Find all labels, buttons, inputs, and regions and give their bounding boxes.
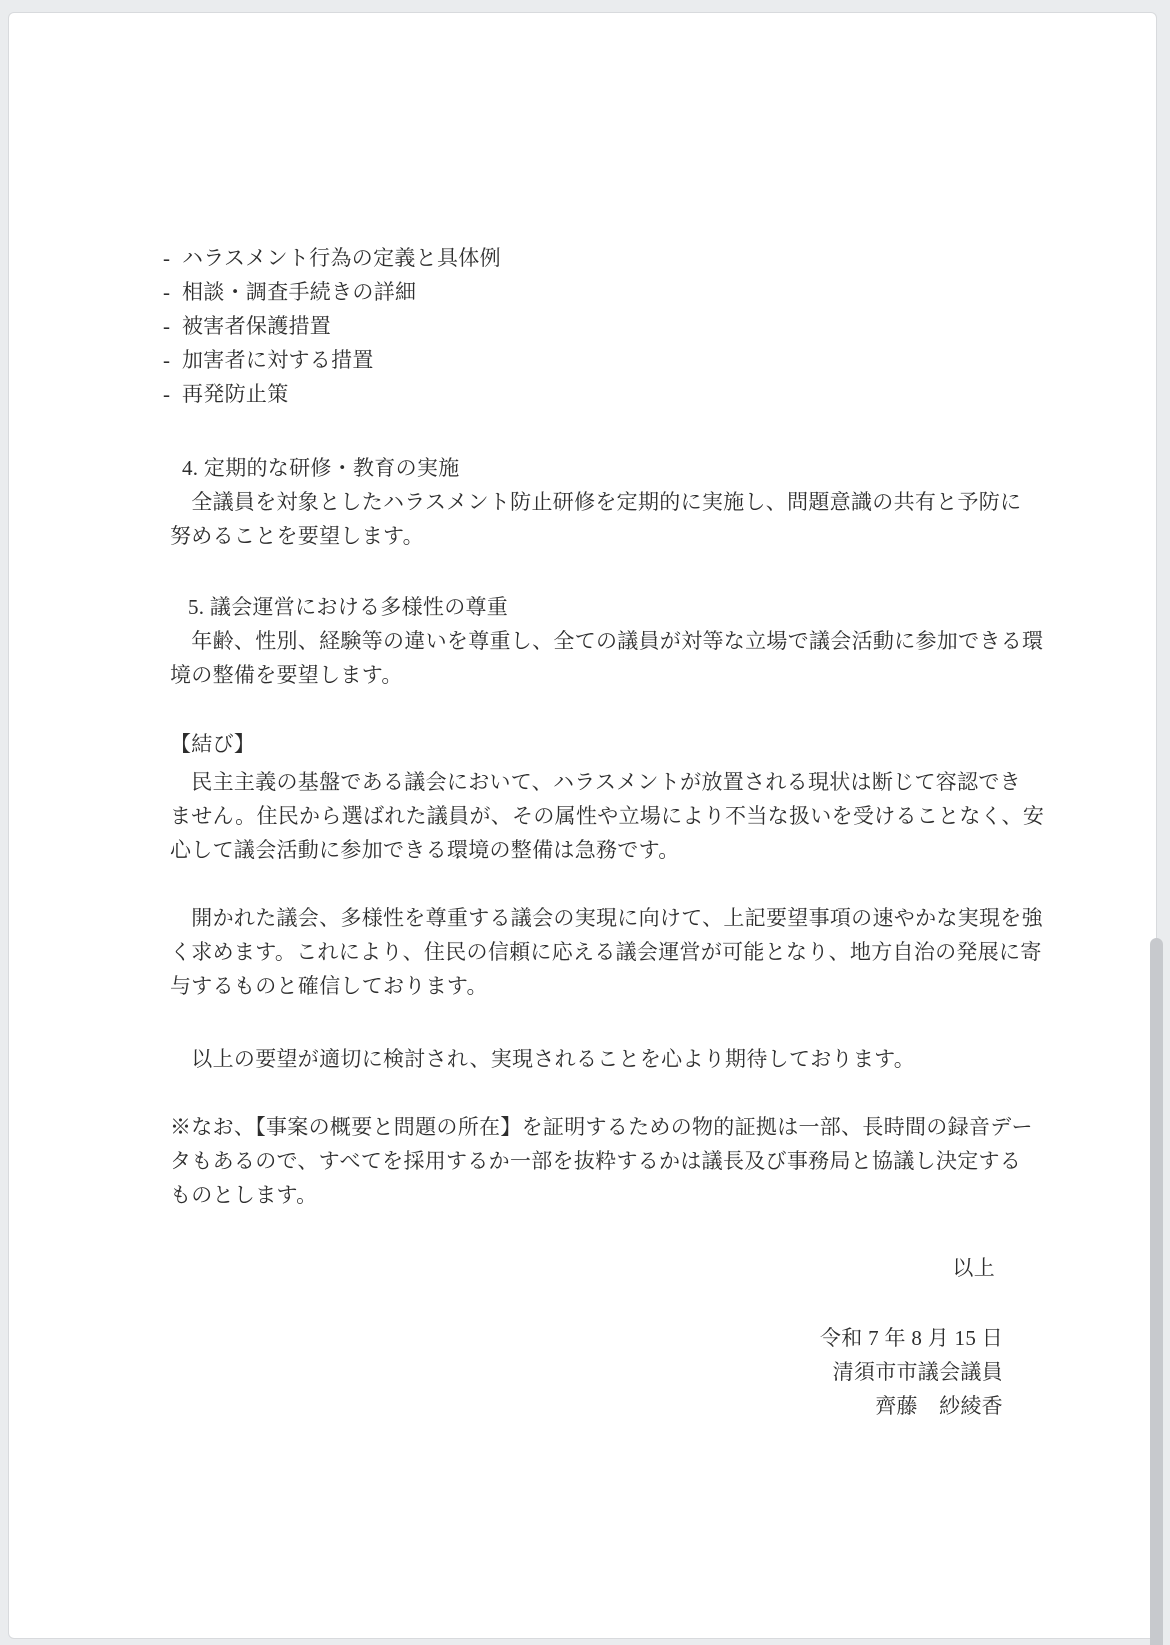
list-bullet: -	[163, 241, 182, 275]
text-line: タもあるので、すべてを採用するか一部を抜粋するかは議長及び事務局と協議し決定する	[170, 1144, 1003, 1178]
text-line: 開かれた議会、多様性を尊重する議会の実現に向けて、上記要望事項の速やかな実現を強	[170, 901, 1003, 935]
text-line: ※なお、【事案の概要と問題の所在】を証明するための物的証拠は一部、長時間の録音デ…	[170, 1110, 1003, 1144]
text-line: 年齢、性別、経験等の違いを尊重し、全ての議員が対等な立場で議会活動に参加できる環	[170, 624, 1003, 658]
document-page: -ハラスメント行為の定義と具体例 -相談・調査手続きの詳細 -被害者保護措置 -…	[8, 12, 1157, 1639]
text-line: 与するものと確信しております。	[170, 969, 1003, 1003]
signature-date: 令和 7 年 8 月 15 日	[170, 1321, 1003, 1355]
text-line: 心して議会活動に参加できる環境の整備は急務です。	[170, 833, 1003, 867]
section-5-diversity: 5. 議会運営における多様性の尊重 年齢、性別、経験等の違いを尊重し、全ての議員…	[170, 590, 1003, 692]
closing-heading: 【結び】	[170, 727, 1003, 761]
list-item-text: 再発防止策	[182, 382, 289, 406]
list-item: -被害者保護措置	[163, 309, 1003, 343]
signature-title: 清須市市議会議員	[170, 1355, 1003, 1389]
section-5-heading: 5. 議会運営における多様性の尊重	[188, 590, 1003, 624]
list-item: -再発防止策	[163, 377, 1003, 411]
text-line: 民主主義の基盤である議会において、ハラスメントが放置される現状は断じて容認でき	[170, 765, 1003, 799]
text-line: ません。住民から選ばれた議員が、その属性や立場により不当な扱いを受けることなく、…	[170, 799, 1003, 833]
section-4-training: 4. 定期的な研修・教育の実施 全議員を対象としたハラスメント防止研修を定期的に…	[170, 451, 1003, 553]
policy-points-list: -ハラスメント行為の定義と具体例 -相談・調査手続きの詳細 -被害者保護措置 -…	[170, 241, 1003, 411]
list-bullet: -	[163, 309, 182, 343]
document-body: -ハラスメント行為の定義と具体例 -相談・調査手続きの詳細 -被害者保護措置 -…	[9, 13, 1156, 1638]
closing-section: 【結び】 民主主義の基盤である議会において、ハラスメントが放置される現状は断じて…	[170, 727, 1003, 1076]
closing-phrase: 以上	[170, 1251, 1003, 1285]
list-bullet: -	[163, 275, 182, 309]
signature-name: 齊藤 紗綾香	[170, 1389, 1003, 1423]
text-line: 努めることを要望します。	[170, 519, 1003, 553]
closing-paragraph-2: 開かれた議会、多様性を尊重する議会の実現に向けて、上記要望事項の速やかな実現を強…	[170, 901, 1003, 1003]
text-line: 全議員を対象としたハラスメント防止研修を定期的に実施し、問題意識の共有と予防に	[170, 485, 1003, 519]
text-line: ものとします。	[170, 1178, 1003, 1212]
closing-paragraph-1: 民主主義の基盤である議会において、ハラスメントが放置される現状は断じて容認でき …	[170, 765, 1003, 867]
list-item-text: ハラスメント行為の定義と具体例	[182, 246, 501, 270]
list-bullet: -	[163, 377, 182, 411]
text-line: く求めます。これにより、住民の信頼に応える議会運営が可能となり、地方自治の発展に…	[170, 935, 1003, 969]
section-4-heading: 4. 定期的な研修・教育の実施	[182, 451, 1003, 485]
note-paragraph: ※なお、【事案の概要と問題の所在】を証明するための物的証拠は一部、長時間の録音デ…	[170, 1110, 1003, 1212]
list-item-text: 被害者保護措置	[182, 314, 331, 338]
list-item: -加害者に対する措置	[163, 343, 1003, 377]
text-line: 境の整備を要望します。	[170, 658, 1003, 692]
list-item-text: 加害者に対する措置	[182, 348, 374, 372]
scrollbar-thumb[interactable]	[1150, 938, 1163, 1645]
list-item-text: 相談・調査手続きの詳細	[182, 280, 416, 304]
list-item: -相談・調査手続きの詳細	[163, 275, 1003, 309]
list-item: -ハラスメント行為の定義と具体例	[163, 241, 1003, 275]
list-bullet: -	[163, 343, 182, 377]
document-viewer: -ハラスメント行為の定義と具体例 -相談・調査手続きの詳細 -被害者保護措置 -…	[0, 0, 1170, 1645]
closing-paragraph-3: 以上の要望が適切に検討され、実現されることを心より期待しております。	[170, 1042, 1003, 1076]
signature-block: 令和 7 年 8 月 15 日 清須市市議会議員 齊藤 紗綾香	[170, 1321, 1003, 1423]
